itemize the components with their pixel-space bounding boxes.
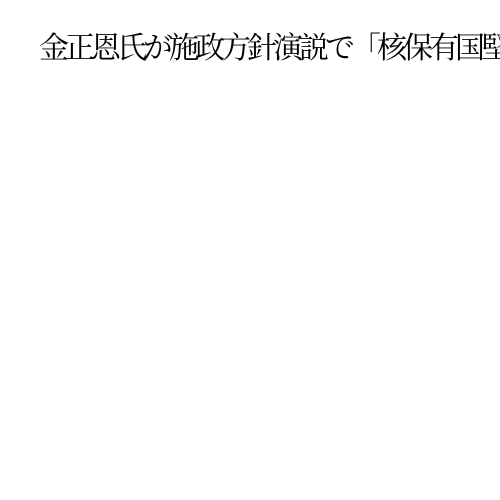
article-headline: 金正恩氏が施政方針演説で「核保有国堅: [39, 30, 500, 68]
article-page: 金正恩氏が施政方針演説で「核保有国堅: [0, 0, 500, 500]
